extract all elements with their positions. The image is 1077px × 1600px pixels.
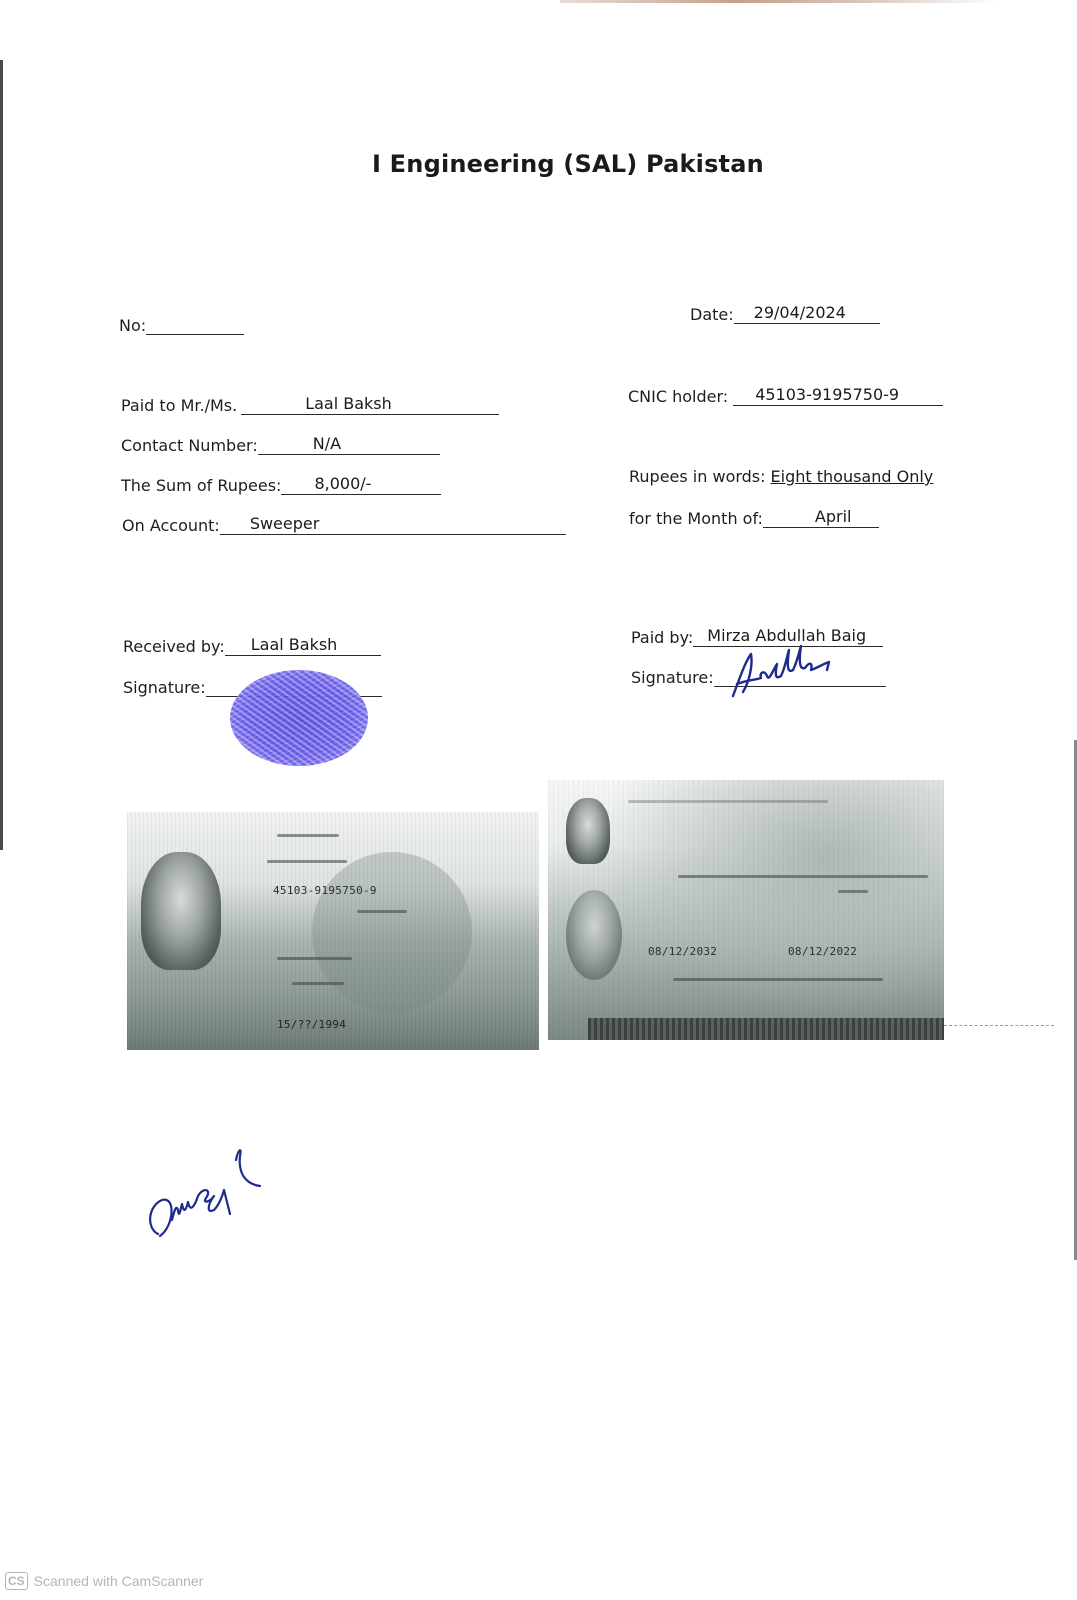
card-seal (312, 852, 472, 1012)
urdu-text (673, 978, 883, 981)
small-portrait-photo (566, 798, 610, 864)
cnic-back-expiry-date: 08/12/2032 (648, 945, 717, 958)
thumbprint-on-card (566, 890, 622, 980)
camscanner-logo-icon: CS (5, 1572, 28, 1590)
cnic-back-copy: 08/12/2032 08/12/2022 (548, 780, 944, 1040)
cnic-holder-label: CNIC holder: (628, 387, 728, 406)
page-edge-left (0, 60, 3, 850)
cnic-front-id-number: 45103-9195750-9 (273, 884, 377, 897)
cnic-holder-field: CNIC holder: 45103-9195750-9 (628, 387, 943, 406)
urdu-text (277, 834, 339, 837)
watermark-text: Scanned with CamScanner (34, 1573, 204, 1589)
receipt-number-field: No: (119, 316, 244, 335)
payer-signature-label: Signature: (631, 668, 714, 687)
urdu-text (838, 890, 868, 893)
received-by-field: Received by: Laal Baksh (123, 637, 381, 656)
back-top-text (628, 800, 828, 803)
cnic-back-issue-date: 08/12/2022 (788, 945, 857, 958)
month-value: April (815, 507, 852, 526)
receiver-signature-label: Signature: (123, 678, 206, 697)
portrait-photo (141, 852, 221, 970)
date-field: Date: 29/04/2024 (690, 305, 880, 324)
scan-artifact (944, 1025, 1054, 1026)
rupees-in-words-label: Rupees in words: (629, 467, 766, 486)
thumbprint-icon (230, 670, 368, 766)
camscanner-watermark: CS Scanned with CamScanner (5, 1572, 203, 1590)
date-value: 29/04/2024 (754, 303, 846, 322)
barcode-strip (588, 1018, 944, 1040)
urdu-text (292, 982, 344, 985)
contact-number-label: Contact Number: (121, 436, 258, 455)
cnic-front-dob: 15/??/1994 (277, 1018, 346, 1031)
on-account-field: On Account: Sweeper (122, 516, 566, 535)
document-title: I Engineering (SAL) Pakistan (372, 150, 764, 178)
sum-of-rupees-field: The Sum of Rupees: 8,000/- (121, 476, 441, 495)
receipt-number-label: No: (119, 316, 146, 335)
urdu-text (678, 875, 928, 878)
month-field: for the Month of: April (629, 509, 879, 528)
cnic-front-copy: 45103-9195750-9 15/??/1994 (127, 812, 539, 1050)
cnic-holder-value: 45103-9195750-9 (755, 385, 899, 404)
date-label: Date: (690, 305, 734, 324)
month-label: for the Month of: (629, 509, 763, 528)
on-account-value: Sweeper (250, 514, 320, 533)
paid-to-field: Paid to Mr./Ms. Laal Baksh (121, 396, 499, 415)
urdu-text (277, 957, 352, 960)
urdu-text (267, 860, 347, 863)
received-by-value: Laal Baksh (251, 635, 338, 654)
approver-signature-icon (142, 1140, 267, 1246)
rupees-in-words-value: Eight thousand Only (771, 467, 934, 486)
page-edge (560, 0, 1000, 3)
payer-signature-icon (725, 640, 845, 702)
on-account-label: On Account: (122, 516, 220, 535)
sum-of-rupees-label: The Sum of Rupees: (121, 476, 281, 495)
paid-to-value: Laal Baksh (305, 394, 392, 413)
contact-number-value: N/A (313, 434, 341, 453)
contact-number-field: Contact Number: N/A (121, 436, 440, 455)
paid-to-label: Paid to Mr./Ms. (121, 396, 237, 415)
received-by-label: Received by: (123, 637, 225, 656)
urdu-text (357, 910, 407, 913)
rupees-in-words-field: Rupees in words: Eight thousand Only (629, 467, 933, 486)
sum-of-rupees-value: 8,000/- (314, 474, 371, 493)
paid-by-label: Paid by: (631, 628, 693, 647)
